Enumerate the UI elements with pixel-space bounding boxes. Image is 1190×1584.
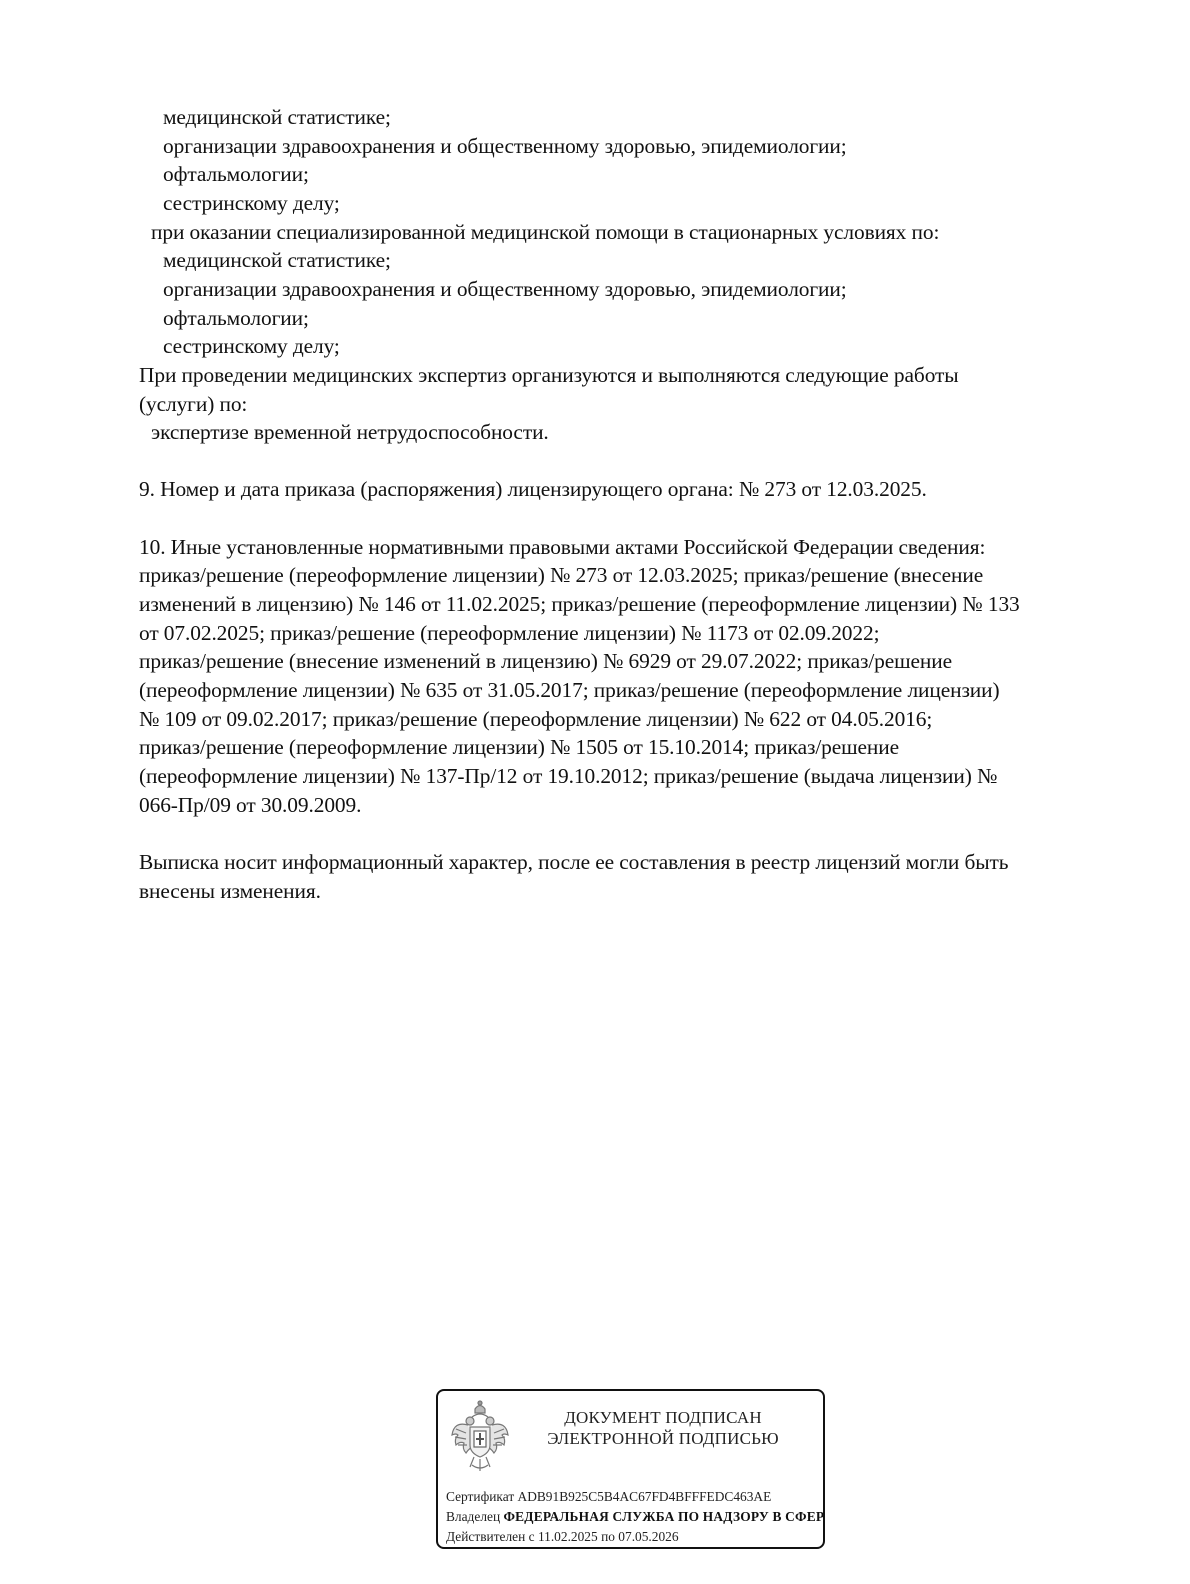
document-line: 9. Номер и дата приказа (распоряжения) л… — [139, 476, 927, 502]
document-line: изменений в лицензию) № 146 от 11.02.202… — [139, 591, 1020, 617]
coat-of-arms-icon — [448, 1399, 512, 1475]
owner-label: Владелец — [446, 1509, 500, 1524]
document-line: при оказании специализированной медицинс… — [151, 219, 939, 245]
certificate-value: ADB91B925C5B4AC67FD4BFFFEDC463AE — [518, 1489, 772, 1504]
certificate-row: Сертификат ADB91B925C5B4AC67FD4BFFFEDC46… — [446, 1488, 771, 1505]
owner-value: ФЕДЕРАЛЬНАЯ СЛУЖБА ПО НАДЗОРУ В СФЕРЕ ЗД… — [503, 1509, 825, 1524]
document-line: внесены изменения. — [139, 878, 321, 904]
stamp-title-line1: ДОКУМЕНТ ПОДПИСАН — [518, 1407, 808, 1428]
document-line: медицинской статистике; — [163, 104, 391, 130]
owner-row: Владелец ФЕДЕРАЛЬНАЯ СЛУЖБА ПО НАДЗОРУ В… — [446, 1508, 825, 1525]
document-line: сестринскому делу; — [163, 333, 340, 359]
document-line: приказ/решение (внесение изменений в лиц… — [139, 648, 952, 674]
document-line: (переоформление лицензии) № 137-Пр/12 от… — [139, 763, 997, 789]
valid-to: 07.05.2026 — [618, 1529, 678, 1544]
document-line: экспертизе временной нетрудоспособности. — [151, 419, 549, 445]
document-page: медицинской статистике;организации здрав… — [0, 0, 1190, 1584]
stamp-title: ДОКУМЕНТ ПОДПИСАН ЭЛЕКТРОННОЙ ПОДПИСЬЮ — [518, 1407, 808, 1449]
document-line: 10. Иные установленные нормативными прав… — [139, 534, 985, 560]
document-line: (услуги) по: — [139, 391, 247, 417]
document-line: Выписка носит информационный характер, п… — [139, 849, 1008, 875]
electronic-signature-stamp: ДОКУМЕНТ ПОДПИСАН ЭЛЕКТРОННОЙ ПОДПИСЬЮ С… — [436, 1389, 825, 1549]
valid-to-label: по — [601, 1529, 615, 1544]
document-line: приказ/решение (переоформление лицензии)… — [139, 734, 899, 760]
document-line: сестринскому делу; — [163, 190, 340, 216]
stamp-title-line2: ЭЛЕКТРОННОЙ ПОДПИСЬЮ — [518, 1428, 808, 1449]
document-line: офтальмологии; — [163, 305, 309, 331]
valid-from: 11.02.2025 — [538, 1529, 598, 1544]
document-line: При проведении медицинских экспертиз орг… — [139, 362, 959, 388]
document-line: организации здравоохранения и общественн… — [163, 276, 847, 302]
document-line: от 07.02.2025; приказ/решение (переоформ… — [139, 620, 879, 646]
document-line: приказ/решение (переоформление лицензии)… — [139, 562, 983, 588]
certificate-label: Сертификат — [446, 1489, 514, 1504]
document-line: 066-Пр/09 от 30.09.2009. — [139, 792, 361, 818]
document-line: организации здравоохранения и общественн… — [163, 133, 847, 159]
document-line: офтальмологии; — [163, 161, 309, 187]
document-line: (переоформление лицензии) № 635 от 31.05… — [139, 677, 1000, 703]
valid-label: Действителен с — [446, 1529, 535, 1544]
validity-row: Действителен с 11.02.2025 по 07.05.2026 — [446, 1528, 679, 1545]
document-line: № 109 от 09.02.2017; приказ/решение (пер… — [139, 706, 932, 732]
document-line: медицинской статистике; — [163, 247, 391, 273]
